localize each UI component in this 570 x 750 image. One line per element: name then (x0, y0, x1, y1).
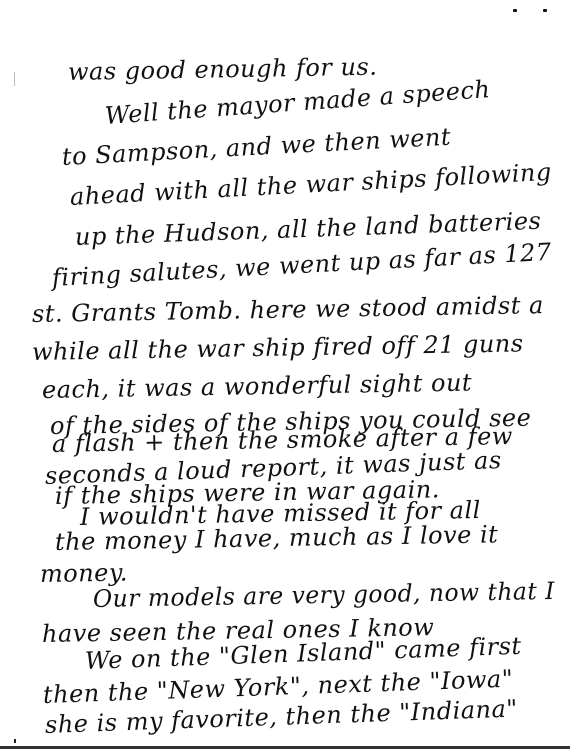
page-bottom-edge (0, 746, 570, 749)
corner-mark (513, 9, 517, 12)
handwritten-line: while all the war ship fired off 21 guns (32, 329, 524, 366)
handwritten-line: to Sampson, and we then went (61, 123, 451, 171)
handwritten-line: money. (40, 558, 128, 588)
handwritten-line: each, it was a wonderful sight out (42, 368, 473, 404)
handwritten-line: was good enough for us. (68, 53, 378, 86)
letter-page: was good enough for us. Well the mayor m… (0, 0, 570, 750)
margin-speck (14, 72, 15, 86)
margin-speck (14, 739, 16, 743)
handwritten-line: st. Grants Tomb. here we stood amidst a (32, 291, 544, 328)
corner-mark (543, 9, 547, 12)
handwritten-line: Our models are very good, now that I (93, 577, 555, 613)
